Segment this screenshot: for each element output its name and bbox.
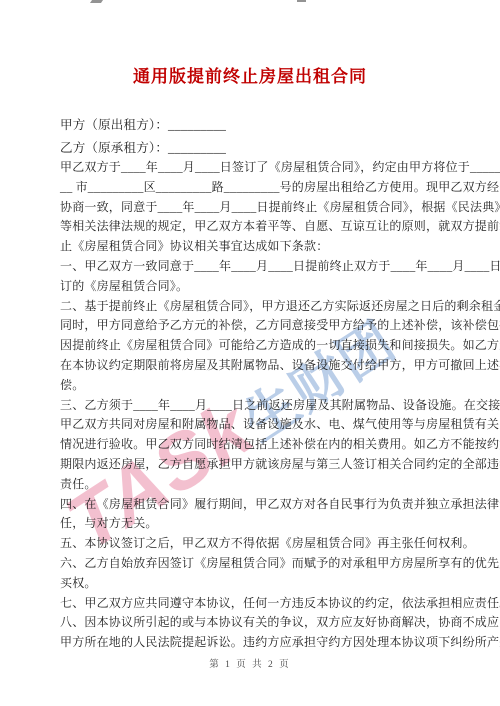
text-line: 甲乙双方于____年____月____日签订了《房屋租赁合同》，约定由甲方将位于… [60,158,458,178]
text-line: 同时，甲方同意给予乙方元的补偿，乙方同意接受甲方给予的上述补偿，该补偿包括 [60,316,458,336]
page-number-footer: 第 1 页 共 2 页 [0,656,500,670]
document-title: 通用版提前终止房屋出租合同 [0,62,500,87]
text-line: 甲乙双方共同对房屋和附属物品、设备设施及水、电、煤气使用等与房屋租赁有关的 [60,415,458,435]
text-line: 六、乙方自始放弃因签订《房屋租赁合同》而赋予的对承租甲方房屋所享有的优先购 [60,554,458,574]
text-line: 期限内返还房屋，乙方自愿承担甲方就该房屋与第三人签订相关合同约定的全部违约 [60,455,458,475]
text-line: 因提前终止《房屋租赁合同》可能给乙方造成的一切直接损失和间接损失。如乙方未 [60,336,458,356]
text-line: 一、甲乙双方一致同意于____年____月____日提前终止双方于____年__… [60,257,458,277]
text-line: 八、因本协议所引起的或与本协议有关的争议，双方应友好协商解决，协商不成应向 [60,613,458,633]
text-line: 甲方所在地的人民法院提起诉讼。违约方应承担守约方因处理本协议项下纠纷所产生 [60,633,458,653]
text-line: 买权。 [60,574,458,594]
text-line: 任，与对方无关。 [60,514,458,534]
text-line: 五、本协议签订之后，甲乙双方不得依据《房屋租赁合同》再主张任何权利。 [60,534,458,554]
text-line: 协商一致，同意于____年____月____日提前终止《房屋租赁合同》，根据《民… [60,198,458,218]
text-line: 等相关法律法规的规定，甲乙双方本着平等、自愿、互谅互让的原则，就双方提前终 [60,217,458,237]
text-line: 二、基于提前终止《房屋租赁合同》，甲方退还乙方实际返还房屋之日后的剩余租金， [60,297,458,317]
text-line: 责任。 [60,475,458,495]
text-line: 三、乙方须于____年____月____日之前返还房屋及其附属物品、设备设施。在… [60,396,458,416]
scan-artifact-mark [90,0,103,3]
party-b-line: 乙方（原承租方）：_________ [60,137,458,160]
contract-page: 通用版提前终止房屋出租合同 甲方（原出租方）：_________ 乙方（原承租方… [0,0,500,706]
scan-artifact-mark [297,0,306,2]
party-a-line: 甲方（原出租方）：_________ [60,114,458,137]
text-line: 四、在《房屋租赁合同》履行期间，甲乙双方对各自民事行为负责并独立承担法律责 [60,495,458,515]
text-line: 情况进行验收。甲乙双方同时结清包括上述补偿在内的相关费用。如乙方不能按约定 [60,435,458,455]
parties-block: 甲方（原出租方）：_________ 乙方（原承租方）：_________ [60,114,458,160]
text-line: 在本协议约定期限前将房屋及其附属物品、设备设施交付给甲方，甲方可撤回上述补 [60,356,458,376]
text-line: 偿。 [60,376,458,396]
document-body: 甲乙双方于____年____月____日签订了《房屋租赁合同》，约定由甲方将位于… [60,158,458,653]
text-line: __ 市_________区_________路_________号的房屋出租给… [60,178,458,198]
text-line: 七、甲乙双方应共同遵守本协议，任何一方违反本协议的约定，依法承担相应责任。 [60,594,458,614]
text-line: 订的《房屋租赁合同》。 [60,277,458,297]
text-line: 止《房屋租赁合同》协议相关事宜达成如下条款： [60,237,458,257]
